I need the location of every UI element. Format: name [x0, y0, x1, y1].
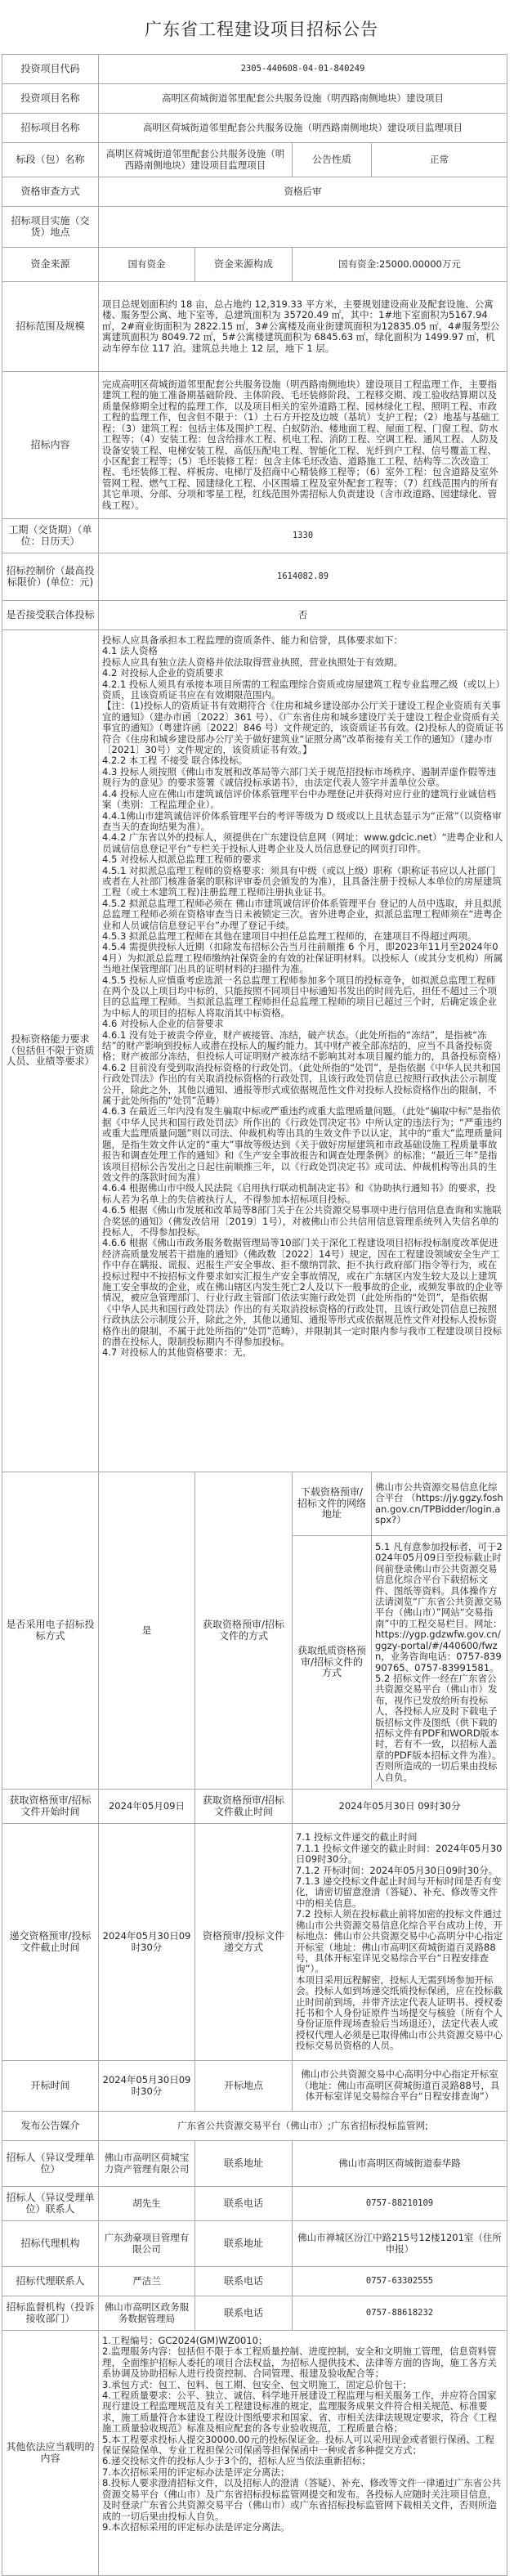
value-fund-source: 国有资金: [99, 248, 195, 282]
value-section-name: 高明区荷城街道邻里配套公共服务设施（明西路南侧地块）建设项目监理项目: [99, 143, 293, 177]
value-review-method: 资格后审: [99, 177, 507, 207]
row-location: 招标项目实施（交货）地点: [2, 207, 507, 248]
row-obtain-time: 获取资格预审/招标文件开始时间 2024年05月09日 获取资格预审/招标文件截…: [2, 1790, 507, 1824]
label-tenderee-phone: 联系电话: [195, 2187, 293, 2221]
label-project-name: 投资项目名称: [2, 84, 99, 114]
value-obtain-start: 2024年05月09日: [99, 1790, 195, 1824]
value-scope: 项目总规划面积约 18 亩，总占地约 12,319.33 平方米，主要规划建设商…: [99, 282, 507, 372]
value-agency: 广东劲豪项目管理有限公司: [99, 2221, 195, 2267]
label-location: 招标项目实施（交货）地点: [2, 207, 99, 248]
other-para: 7.本次招标采用的评定标办法是评定分离法；: [102, 2467, 503, 2478]
label-tender-project-name: 招标项目名称: [2, 114, 99, 143]
value-qualification: 投标人应具备承担本工程监理的资质条件、能力和信誉，具体要求如下： 4.1 法人资…: [99, 630, 507, 1472]
label-paper-method: 获取纸质资格预审/招标文件的方式: [293, 1536, 372, 1790]
qual-para: 4.6 对投标人企业的信誉要求: [102, 1019, 503, 1029]
other-para: 3.承包方式：包工、包料、包工期、包安全、包文明施工，固定总价包干；: [102, 2380, 503, 2390]
qual-para: 4.5.2 拟派总监理工程师必须在 佛山市建筑诚信评价体系管理平台 登记的人员中…: [102, 898, 503, 931]
other-para: 9.本次招标采用的评定标办法是评定分离法。: [102, 2522, 503, 2533]
value-other: 1.工程编号：GC2024(GM)WZ0010； 2.监理服务内容：包括但不限于…: [99, 2331, 507, 2576]
label-media: 发布公告媒介: [2, 2112, 99, 2141]
row-project-code: 投资项目代码 2305-440608-04-01-840249: [2, 55, 507, 84]
row-tenderee-contact: 招标人（异议受理单位）联系人 胡先生 联系电话 0757-88210109: [2, 2187, 507, 2221]
label-fund-source: 资金来源: [2, 248, 99, 282]
row-consortium: 是否接受联合体投标 否: [2, 601, 507, 630]
value-tenderee-phone: 0757-88210109: [293, 2187, 507, 2221]
value-download-url[interactable]: 佛山市公共资源交易信息化综合平台 （https://jy.ggzy.foshan…: [372, 1472, 507, 1536]
label-agency-phone: 联系电话: [195, 2267, 293, 2296]
row-submit: 递交资格预审/投标文件截止时间 2024年05月30日09时30分 资格预审/投…: [2, 1824, 507, 2061]
other-para: 6.递交投标文件的投标人少于3个的，招标人应当依法重新招标；: [102, 2456, 503, 2466]
qual-para: 4.6.2 目前没有受到取消投标资格的行政处罚。（此处所指的“处罚”，是指依据《…: [102, 1063, 503, 1107]
value-submit-deadline: 2024年05月30日09时30分: [99, 1824, 195, 2061]
label-obtain-end: 获取资格预审/招标文件截止时间: [195, 1790, 293, 1824]
row-scope: 招标范围及规模 项目总规划面积约 18 亩，总占地约 12,319.33 平方米…: [2, 282, 507, 372]
row-section-name: 标段（包）名称 高明区荷城街道邻里配套公共服务设施（明西路南侧地块）建设项目监理…: [2, 143, 507, 177]
row-opening: 开标时间 2024年05月30日09时30分 开标地点 佛山市公共资源交易中心高…: [2, 2061, 507, 2112]
value-obtain-end: 2024年05月30日 09时30分: [293, 1790, 507, 1824]
qual-para: 4.4 投标人应在佛山市建筑诚信评价体系管理平台中办理登记并获得对应行业的建筑行…: [102, 789, 503, 811]
qual-para: 4.6.5 根据《佛山市发展和改革局等8部门关于在公共资源交易事项中进行信用信息…: [102, 1205, 503, 1238]
value-notice-nature: 正常: [372, 143, 507, 177]
qual-para: 4.7 对投标人的其他资格要求：无。: [102, 1347, 503, 1358]
label-supervisor: 招标监督机构（投诉接收部门）: [2, 2296, 99, 2331]
qual-para: 投标人应具备承担本工程监理的资质条件、能力和信誉，具体要求如下：: [102, 635, 503, 646]
row-project-name: 投资项目名称 高明区荷城街道邻里配套公共服务设施（明西路南侧地块）建设项目: [2, 84, 507, 114]
row-review-method: 资格审查方式 资格后审: [2, 177, 507, 207]
label-agency-address: 联系地址: [195, 2221, 293, 2267]
qual-para: 4.6.3 在最近三年内没有发生骗取中标或严重违约或重大监理质量问题。（此处“骗…: [102, 1106, 503, 1183]
label-obtain-start: 获取资格预审/招标文件开始时间: [2, 1790, 99, 1824]
value-agency-contact: 严洁兰: [99, 2267, 195, 2296]
label-download-url: 下载资格预审/招标文件的网络地址: [293, 1472, 372, 1536]
value-tenderee-contact: 胡先生: [99, 2187, 195, 2221]
qual-para: 4.6.6 根据《佛山市政务服务数据管理局等10部门关于深化工程建设项目招标投标…: [102, 1238, 503, 1347]
value-fund-composition: 国有资金:25000.00000万元: [293, 248, 507, 282]
value-location: [99, 207, 507, 248]
qual-para: 4.5.1 对拟派总监理工程师的资格要求：须具有中级（或以上级）职称（职称证书应…: [102, 866, 503, 898]
qual-para: 4.2 对投标人企业的资质要求: [102, 668, 503, 679]
row-content: 招标内容 完成高明区荷城街道邻里配套公共服务设施（明西路南侧地块）建设项目工程监…: [2, 372, 507, 519]
qual-para: 4.1 法人资格: [102, 646, 503, 656]
qual-para: 投标人应具有独立法人资格并依法取得营业执照，营业执照处于有效期。: [102, 657, 503, 668]
row-control-price: 招标控制价（最高投标限价）(单位：元) 1614082.89: [2, 553, 507, 601]
value-content: 完成高明区荷城街道邻里配套公共服务设施（明西路南侧地块）建设项目工程监理工作，主…: [99, 372, 507, 519]
label-other: 其他依法应当载明的内容: [2, 2331, 99, 2576]
label-qualification: 投标资格能力要求（包括但不限于资质人员、业绩等要求）: [2, 630, 99, 1472]
row-tenderee: 招标人（异议受理单位） 佛山市高明区荷城宝力资产管理有限公司 联系地址 佛山市高…: [2, 2141, 507, 2187]
label-section-name: 标段（包）名称: [2, 143, 99, 177]
row-fund-source: 资金来源 国有资金 资金来源构成 国有资金:25000.00000万元: [2, 248, 507, 282]
other-para: 5.本工程要求投标人提交30000.00元的投标保证金。投标人可以采用现金或者银…: [102, 2435, 503, 2457]
value-agency-address: 佛山市禅城区汾江中路215号12楼1201室（住所申报）: [293, 2221, 507, 2267]
value-tenderee-address: 佛山市高明区荷城街道泰华路: [293, 2141, 507, 2187]
other-para: 1.工程编号：GC2024(GM)WZ0010；: [102, 2336, 503, 2346]
row-agency-contact: 招标代理联系人 严洁兰 联系电话 0757-63302555: [2, 2267, 507, 2296]
qual-para: 4.4.1佛山市建筑诚信评价体系管理平台的考评等级为 D 级或以上且状态显示为“…: [102, 811, 503, 833]
label-opening-time: 开标时间: [2, 2061, 99, 2112]
label-scope: 招标范围及规模: [2, 282, 99, 372]
label-agency-contact: 招标代理联系人: [2, 2267, 99, 2296]
label-tenderee-contact: 招标人（异议受理单位）联系人: [2, 2187, 99, 2221]
row-electronic-a: 是否采用电子招标投标方式 是 获取资格预审/招标文件的方式 下载资格预审/招标文…: [2, 1472, 507, 1536]
label-obtain-method: 获取资格预审/招标文件的方式: [195, 1472, 293, 1790]
label-review-method: 资格审查方式: [2, 177, 99, 207]
row-tender-project-name: 招标项目名称 高明区荷城街道邻里配套公共服务设施（明西路南侧地块）建设项目监理项…: [2, 114, 507, 143]
qual-para: 4.2.2 本工程 不接受 联合体投标。: [102, 755, 503, 766]
qual-para: 4.4.2 广东省以外的投标人，须提供在广东建设信息网（网址：www.gdcic…: [102, 832, 503, 854]
label-consortium: 是否接受联合体投标: [2, 601, 99, 630]
label-supervisor-phone: 联系电话: [195, 2296, 293, 2331]
row-duration: 工期（交货期）（单位：日历天） 1330: [2, 519, 507, 553]
value-control-price: 1614082.89: [99, 553, 507, 601]
label-fund-composition: 资金来源构成: [195, 248, 293, 282]
value-duration: 1330: [99, 519, 507, 553]
label-tenderee-address: 联系地址: [195, 2141, 293, 2187]
qual-para: 4.5.4 需提供投标人近期（扣除发布招标公告当月往前顺推 6 个月，即2023…: [102, 942, 503, 974]
label-tenderee: 招标人（异议受理单位）: [2, 2141, 99, 2187]
qual-para: 4.3 投标人须按照《佛山市发展和改革局等六部门关于规范招投标市场秩序、遏制弄虚…: [102, 767, 503, 789]
page-title: 广东省工程建设项目招标公告: [0, 0, 523, 54]
row-qualification: 投标资格能力要求（包括但不限于资质人员、业绩等要求） 投标人应具备承担本工程监理…: [2, 630, 507, 1472]
qual-para: 【注：(1)投标人的资质证书有效期符合《住房和城乡建设部办公厅关于建设工程企业资…: [102, 701, 503, 755]
label-control-price: 招标控制价（最高投标限价）(单位：元): [2, 553, 99, 601]
value-project-code: 2305-440608-04-01-840249: [99, 55, 507, 84]
value-paper-method: 5.1 凡有意参加投标者，可于2024年05月09日至投标截止时间前登录佛山市公…: [372, 1536, 507, 1790]
row-agency: 招标代理机构 广东劲豪项目管理有限公司 联系地址 佛山市禅城区汾江中路215号1…: [2, 2221, 507, 2267]
value-project-name: 高明区荷城街道邻里配套公共服务设施（明西路南侧地块）建设项目: [99, 84, 507, 114]
value-opening-place: 佛山市公共资源交易中心高明分中心指定开标室（地址：佛山市高明区荷城街道百灵路88…: [293, 2061, 507, 2112]
row-media: 发布公告媒介 广东省公共资源交易平台（佛山市）;广东省招标投标监管网;: [2, 2112, 507, 2141]
other-para: 8.投标人要求澄清招标文件，以及招标人的澄清（答疑）、补充、修改等文件一律通过广…: [102, 2478, 503, 2522]
qual-para: 4.5.5 投标人应慎重考虑选派一名总监理工程师参加多个项目的投标竞争，如拟派总…: [102, 975, 503, 1019]
label-electronic: 是否采用电子招标投标方式: [2, 1472, 99, 1790]
qual-para: 4.5 对投标人拟派总监理工程师的要求: [102, 854, 503, 865]
qual-para: 4.6.1 没有处于被责令停业，财产被接管、冻结，破产状态。（此处所指的“冻结”…: [102, 1030, 503, 1063]
label-duration: 工期（交货期）（单位：日历天）: [2, 519, 99, 553]
value-supervisor-phone: 0757-88618232: [293, 2296, 507, 2331]
value-tender-project-name: 高明区荷城街道邻里配套公共服务设施（明西路南侧地块）建设项目监理项目: [99, 114, 507, 143]
value-opening-time: 2024年05月30日09时30分: [99, 2061, 195, 2112]
label-submit-method: 资格预审/投标文件递交方式: [195, 1824, 293, 2061]
qual-para: 4.2.1 投标人须具有承接本项目所需的工程监理综合资质或房屋建筑工程专业监理乙…: [102, 679, 503, 701]
qual-para: 4.5.3 拟派总监理工程师在其他在建项目中担任总监理工程师的，在建项目不得超过…: [102, 931, 503, 942]
value-agency-phone: 0757-63302555: [293, 2267, 507, 2296]
label-agency: 招标代理机构: [2, 2221, 99, 2267]
value-consortium: 否: [99, 601, 507, 630]
label-project-code: 投资项目代码: [2, 55, 99, 84]
label-opening-place: 开标地点: [195, 2061, 293, 2112]
value-media: 广东省公共资源交易平台（佛山市）;广东省招标投标监管网;: [99, 2112, 507, 2141]
row-supervisor: 招标监督机构（投诉接收部门） 佛山市高明区政务服务数据管理局 联系电话 0757…: [2, 2296, 507, 2331]
qual-para: 4.6.4 根据佛山市中级人民法院《启用执行联动机制决定书》和《协助执行通知书》…: [102, 1183, 503, 1205]
row-other: 其他依法应当载明的内容 1.工程编号：GC2024(GM)WZ0010； 2.监…: [2, 2331, 507, 2576]
value-electronic: 是: [99, 1472, 195, 1790]
value-submit-method: 7.1 投标文件递交的截止时间 7.1.1 投标文件递交的截止时间：2024年0…: [293, 1824, 507, 2061]
label-submit-deadline: 递交资格预审/投标文件截止时间: [2, 1824, 99, 2061]
other-para: 2.监理服务内容：包括但不限于本工程质量控制、进度控制，安全和文明施工管理，信息…: [102, 2346, 503, 2379]
value-supervisor: 佛山市高明区政务服务数据管理局: [99, 2296, 195, 2331]
label-content: 招标内容: [2, 372, 99, 519]
other-para: 4.工程质量要求：公平、独立、诚信、科学地开展建设工程监理与相关服务工作，并应符…: [102, 2390, 503, 2435]
notice-table: 投资项目代码 2305-440608-04-01-840249 投资项目名称 高…: [2, 54, 507, 2576]
value-tenderee: 佛山市高明区荷城宝力资产管理有限公司: [99, 2141, 195, 2187]
label-notice-nature: 公告性质: [293, 143, 372, 177]
